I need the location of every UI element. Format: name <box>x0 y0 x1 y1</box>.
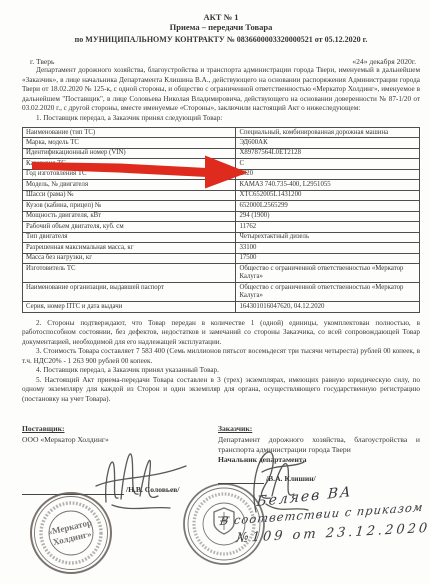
table-row: Изготовитель ТСОбщество с ограниченной о… <box>23 264 420 283</box>
spec-label: Год изготовления ТС <box>23 169 236 179</box>
table-row: Серия, номер ПТС и дата выдачи1643010160… <box>23 302 420 312</box>
spec-value: 652000L2565299 <box>236 201 420 211</box>
clause-3: 3. Стоимость Товара составляет 7 583 400… <box>22 347 420 366</box>
clause-2: 2. Стороны подтверждают, что Товар перед… <box>22 319 420 348</box>
contract-line: по МУНИЦИПАЛЬНОМУ КОНТРАКТУ № 0836600003… <box>22 35 420 44</box>
spec-value: Общество с ограниченной ответственностью… <box>236 264 420 283</box>
supplier-signature-line <box>22 486 124 495</box>
table-row: Модель, № двигателяКАМАЗ 740.735-400, L2… <box>23 180 420 190</box>
spec-value: XTC652005L1431200 <box>236 190 420 200</box>
spec-label: Масса без нагрузки, кг <box>23 253 236 263</box>
spec-label: Идентификационный номер (VIN) <box>23 148 236 158</box>
table-row: Разрешенная максимальная масса, кг33100 <box>23 243 420 253</box>
supplier-signatory: /Н.В. Соловьев/ <box>126 485 180 495</box>
supplier-stamp-text-1: «Меркатор <box>47 517 93 537</box>
supplier-stamp: «Меркатор Холдинг» <box>31 493 111 573</box>
spec-value: 11762 <box>236 222 420 232</box>
spec-label: Модель, № двигателя <box>23 180 236 190</box>
document-title-block: АКТ № 1 Приема – передачи Товара по МУНИ… <box>22 12 420 44</box>
supplier-signature-row: /Н.В. Соловьев/ <box>22 485 202 495</box>
spec-label: Мощность двигателя, кВт <box>23 211 236 221</box>
act-subtitle: Приема – передачи Товара <box>22 22 420 32</box>
spec-value: С <box>236 159 420 169</box>
customer-heading: Заказчик: <box>218 424 420 434</box>
spec-value: 164301016047620, 04.12.2020 <box>236 302 420 312</box>
spec-label: Наименование (тип ТС) <box>23 128 236 138</box>
table-row: Тип двигателяЧетырехтактный дизель <box>23 232 420 242</box>
spec-label: Серия, номер ПТС и дата выдачи <box>23 302 236 312</box>
spec-value: 294 (1900) <box>236 211 420 221</box>
document-content: АКТ № 1 Приема – передачи Товара по МУНИ… <box>0 0 429 404</box>
spec-label: Марка, модель ТС <box>23 138 236 148</box>
document-page: АКТ № 1 Приема – передачи Товара по МУНИ… <box>0 0 429 584</box>
vehicle-spec-table: Наименование (тип ТС)Специальный, комбин… <box>22 127 420 313</box>
spec-label: Шасси (рама) № <box>23 190 236 200</box>
spec-value: Специальный, комбинированная дорожная ма… <box>236 128 420 138</box>
spec-label: Изготовитель ТС <box>23 264 236 283</box>
customer-org: Департамент дорожного хозяйства, благоус… <box>218 435 420 455</box>
spec-value: Общество с ограниченной ответственностью… <box>236 283 420 302</box>
table-row: Наименование организации, выдавшей паспо… <box>23 283 420 302</box>
signature-section: Поставщик: ООО «Меркатор Холдинг» /Н.В. … <box>22 424 420 495</box>
table-row: Мощность двигателя, кВт294 (1900) <box>23 211 420 221</box>
spec-label: Тип двигателя <box>23 232 236 242</box>
document-date: «24» декабря 2020г. <box>352 57 416 66</box>
spec-label: Категория ТС <box>23 159 236 169</box>
spec-value: 33100 <box>236 243 420 253</box>
table-row: Категория ТСС <box>23 159 420 169</box>
table-row: Масса без нагрузки, кг17500 <box>23 253 420 263</box>
customer-position: Начальник департамента <box>218 455 420 465</box>
supplier-stamp-text-2: Холдинг» <box>52 528 93 547</box>
spec-value: КАМАЗ 740.735-400, L2951055 <box>236 180 420 190</box>
table-row: Марка, модель ТСЭД600АК <box>23 138 420 148</box>
supplier-heading: Поставщик: <box>22 424 202 434</box>
table-row: Шасси (рама) №XTC652005L1431200 <box>23 190 420 200</box>
table-row: Рабочий объем двигателя, куб. см11762 <box>23 222 420 232</box>
spec-label: Наименование организации, выдавшей паспо… <box>23 283 236 302</box>
intro-paragraph: Департамент дорожного хозяйства, благоус… <box>22 66 420 114</box>
city-date-row: г. Тверь «24» декабря 2020г. <box>22 57 420 66</box>
table-row: Год изготовления ТС2020 <box>23 169 420 179</box>
supplier-org: ООО «Меркатор Холдинг» <box>22 435 202 445</box>
spec-label: Кузов (кабина, прицеп) № <box>23 201 236 211</box>
city-label: г. Тверь <box>30 57 55 66</box>
spec-value: X89787564L0ET2128 <box>236 148 420 158</box>
clause-4: 4. Поставщик передал, а Заказчик принял … <box>22 366 420 376</box>
act-title: АКТ № 1 <box>22 12 420 22</box>
clause-5: 5. Настоящий Акт приема-передачи Товара … <box>22 376 420 405</box>
supplier-block: Поставщик: ООО «Меркатор Холдинг» /Н.В. … <box>22 424 202 495</box>
clauses-block: 2. Стороны подтверждают, что Товар перед… <box>22 319 420 405</box>
table-row: Наименование (тип ТС)Специальный, комбин… <box>23 128 420 138</box>
spec-label: Рабочий объем двигателя, куб. см <box>23 222 236 232</box>
customer-block: Заказчик: Департамент дорожного хозяйств… <box>218 424 420 495</box>
spec-label: Разрешенная максимальная масса, кг <box>23 243 236 253</box>
clause-1: 1. Поставщик передал, а Заказчик принял … <box>22 114 420 124</box>
spec-value: 17500 <box>236 253 420 263</box>
spec-value: 2020 <box>236 169 420 179</box>
table-row: Идентификационный номер (VIN)X89787564L0… <box>23 148 420 158</box>
customer-signature-row: /В.А. Клишин/ <box>218 474 420 484</box>
customer-signature-line <box>218 475 264 484</box>
spec-value: ЭД600АК <box>236 138 420 148</box>
table-row: Кузов (кабина, прицеп) №652000L2565299 <box>23 201 420 211</box>
spec-value: Четырехтактный дизель <box>236 232 420 242</box>
customer-signatory: /В.А. Клишин/ <box>266 474 316 484</box>
